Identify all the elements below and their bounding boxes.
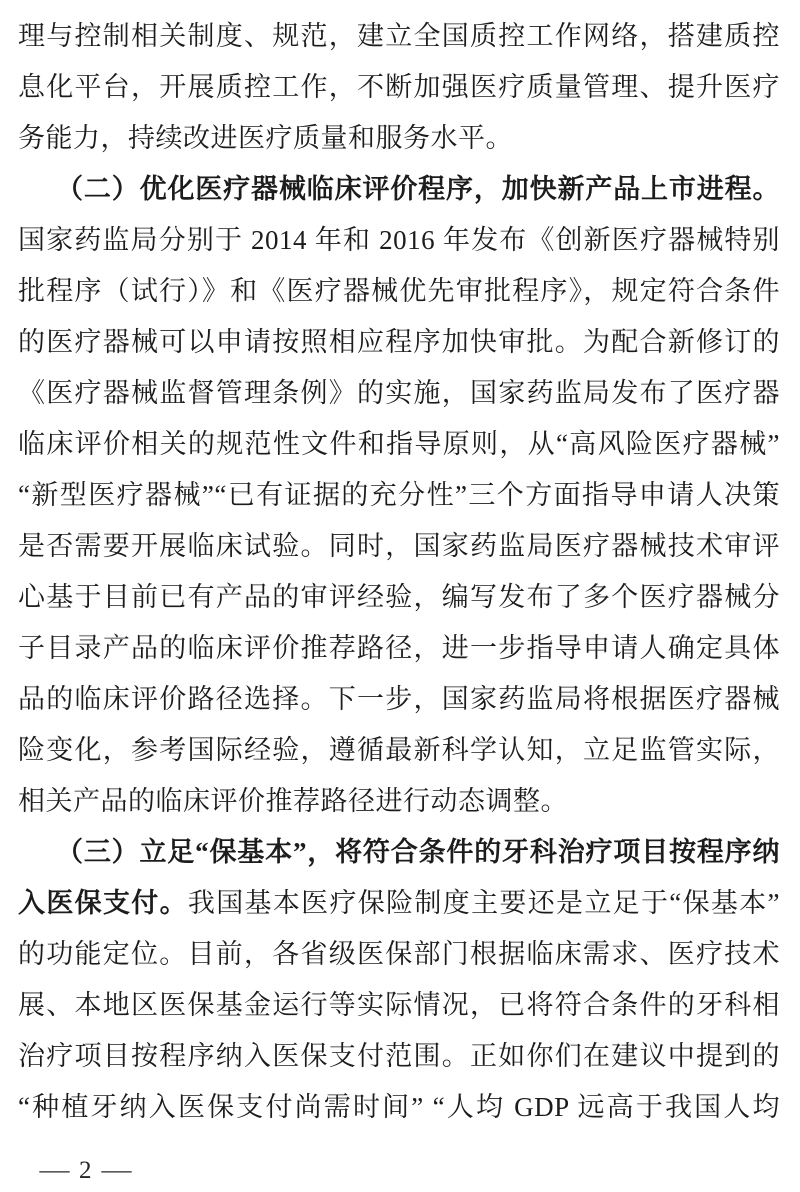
text-line: 是否需要开展临床试验。同时，国家药监局医疗器械技术审评中 [18, 521, 780, 572]
body-text: 理与控制相关制度、规范，建立全国质控工作网络，搭建质控信息化平台，开展质控工作，… [18, 11, 780, 1133]
text-line: 国家药监局分别于 2014 年和 2016 年发布《创新医疗器械特别审 [18, 215, 780, 266]
text-line: 息化平台，开展质控工作，不断加强医疗质量管理、提升医疗服 [18, 62, 780, 113]
body-text-run: 临床评价相关的规范性文件和指导原则，从“高风险医疗器械” [18, 429, 780, 459]
body-text-run: 的功能定位。目前，各省级医保部门根据临床需求、医疗技术发 [18, 939, 780, 980]
body-text-run: 《医疗器械监督管理条例》的实施，国家药监局发布了医疗器械 [18, 378, 780, 419]
text-line: 入医保支付。我国基本医疗保险制度主要还是立足于“保基本” [18, 878, 780, 929]
body-text-run: 息化平台，开展质控工作，不断加强医疗质量管理、提升医疗服 [18, 72, 780, 113]
body-text-run: 子目录产品的临床评价推荐路径，进一步指导申请人确定具体产 [18, 633, 780, 674]
body-text-run: 治疗项目按程序纳入医保支付范围。正如你们在建议中提到的 [18, 1041, 780, 1071]
text-line: 理与控制相关制度、规范，建立全国质控工作网络，搭建质控信 [18, 11, 780, 62]
body-text-run: 相关产品的临床评价推荐路径进行动态调整。 [18, 786, 568, 816]
text-line: （三）立足“保基本”，将符合条件的牙科治疗项目按程序纳 [18, 827, 780, 878]
body-text-run: 的医疗器械可以申请按照相应程序加快审批。为配合新修订的 [18, 327, 780, 357]
body-text-run: “种植牙纳入医保支付尚需时间” “人均 GDP 远高于我国人均 [18, 1092, 780, 1122]
body-text-run: 展、本地区医保基金运行等实际情况，已将符合条件的牙科相关 [18, 990, 780, 1031]
text-line: 务能力，持续改进医疗质量和服务水平。 [18, 113, 780, 164]
text-line: “种植牙纳入医保支付尚需时间” “人均 GDP 远高于我国人均 [18, 1082, 780, 1133]
text-line: 险变化，参考国际经验，遵循最新科学认知，立足监管实际，对 [18, 725, 780, 776]
text-line: 临床评价相关的规范性文件和指导原则，从“高风险医疗器械” [18, 419, 780, 470]
heading-text-run: （二）优化医疗器械临床评价程序，加快新产品上市进程。 [56, 174, 780, 204]
text-line: 的医疗器械可以申请按照相应程序加快审批。为配合新修订的 [18, 317, 780, 368]
body-text-run: 务能力，持续改进医疗质量和服务水平。 [18, 123, 513, 153]
footer-dash-left: — [40, 1157, 70, 1185]
body-text-run: 心基于目前已有产品的审评经验，编写发布了多个医疗器械分类 [18, 582, 780, 623]
body-text-run: 我国基本医疗保险制度主要还是立足于“保基本” [188, 888, 780, 918]
page-number: 2 [79, 1157, 92, 1185]
heading-text-run: （三）立足“保基本”，将符合条件的牙科治疗项目按程序纳 [56, 837, 780, 867]
body-text-run: 险变化，参考国际经验，遵循最新科学认知，立足监管实际，对 [18, 735, 780, 776]
text-line: 心基于目前已有产品的审评经验，编写发布了多个医疗器械分类 [18, 572, 780, 623]
text-line: 相关产品的临床评价推荐路径进行动态调整。 [18, 776, 780, 827]
text-line: （二）优化医疗器械临床评价程序，加快新产品上市进程。 [18, 164, 780, 215]
text-line: 《医疗器械监督管理条例》的实施，国家药监局发布了医疗器械 [18, 368, 780, 419]
text-line: “新型医疗器械”“已有证据的充分性”三个方面指导申请人决策 [18, 470, 780, 521]
text-line: 的功能定位。目前，各省级医保部门根据临床需求、医疗技术发 [18, 929, 780, 980]
body-text-run: 是否需要开展临床试验。同时，国家药监局医疗器械技术审评中 [18, 531, 780, 572]
body-text-run: 批程序（试行）》和《医疗器械优先审批程序》，规定符合条件 [18, 276, 780, 306]
text-line: 品的临床评价路径选择。下一步，国家药监局将根据医疗器械风 [18, 674, 780, 725]
footer-dash-right: — [101, 1157, 131, 1185]
text-line: 展、本地区医保基金运行等实际情况，已将符合条件的牙科相关 [18, 980, 780, 1031]
document-page: 理与控制相关制度、规范，建立全国质控工作网络，搭建质控信息化平台，开展质控工作，… [0, 0, 800, 1192]
body-text-run: 国家药监局分别于 2014 年和 2016 年发布《创新医疗器械特别审 [18, 225, 780, 266]
body-text-run: 品的临床评价路径选择。下一步，国家药监局将根据医疗器械风 [18, 684, 780, 725]
text-line: 子目录产品的临床评价推荐路径，进一步指导申请人确定具体产 [18, 623, 780, 674]
text-line: 治疗项目按程序纳入医保支付范围。正如你们在建议中提到的 [18, 1031, 780, 1082]
body-text-run: 理与控制相关制度、规范，建立全国质控工作网络，搭建质控信 [18, 21, 780, 62]
page-footer: — 2 — [42, 1156, 129, 1186]
text-line: 批程序（试行）》和《医疗器械优先审批程序》，规定符合条件 [18, 266, 780, 317]
heading-text-run: 入医保支付。 [18, 888, 188, 918]
body-text-run: “新型医疗器械”“已有证据的充分性”三个方面指导申请人决策 [18, 480, 780, 510]
